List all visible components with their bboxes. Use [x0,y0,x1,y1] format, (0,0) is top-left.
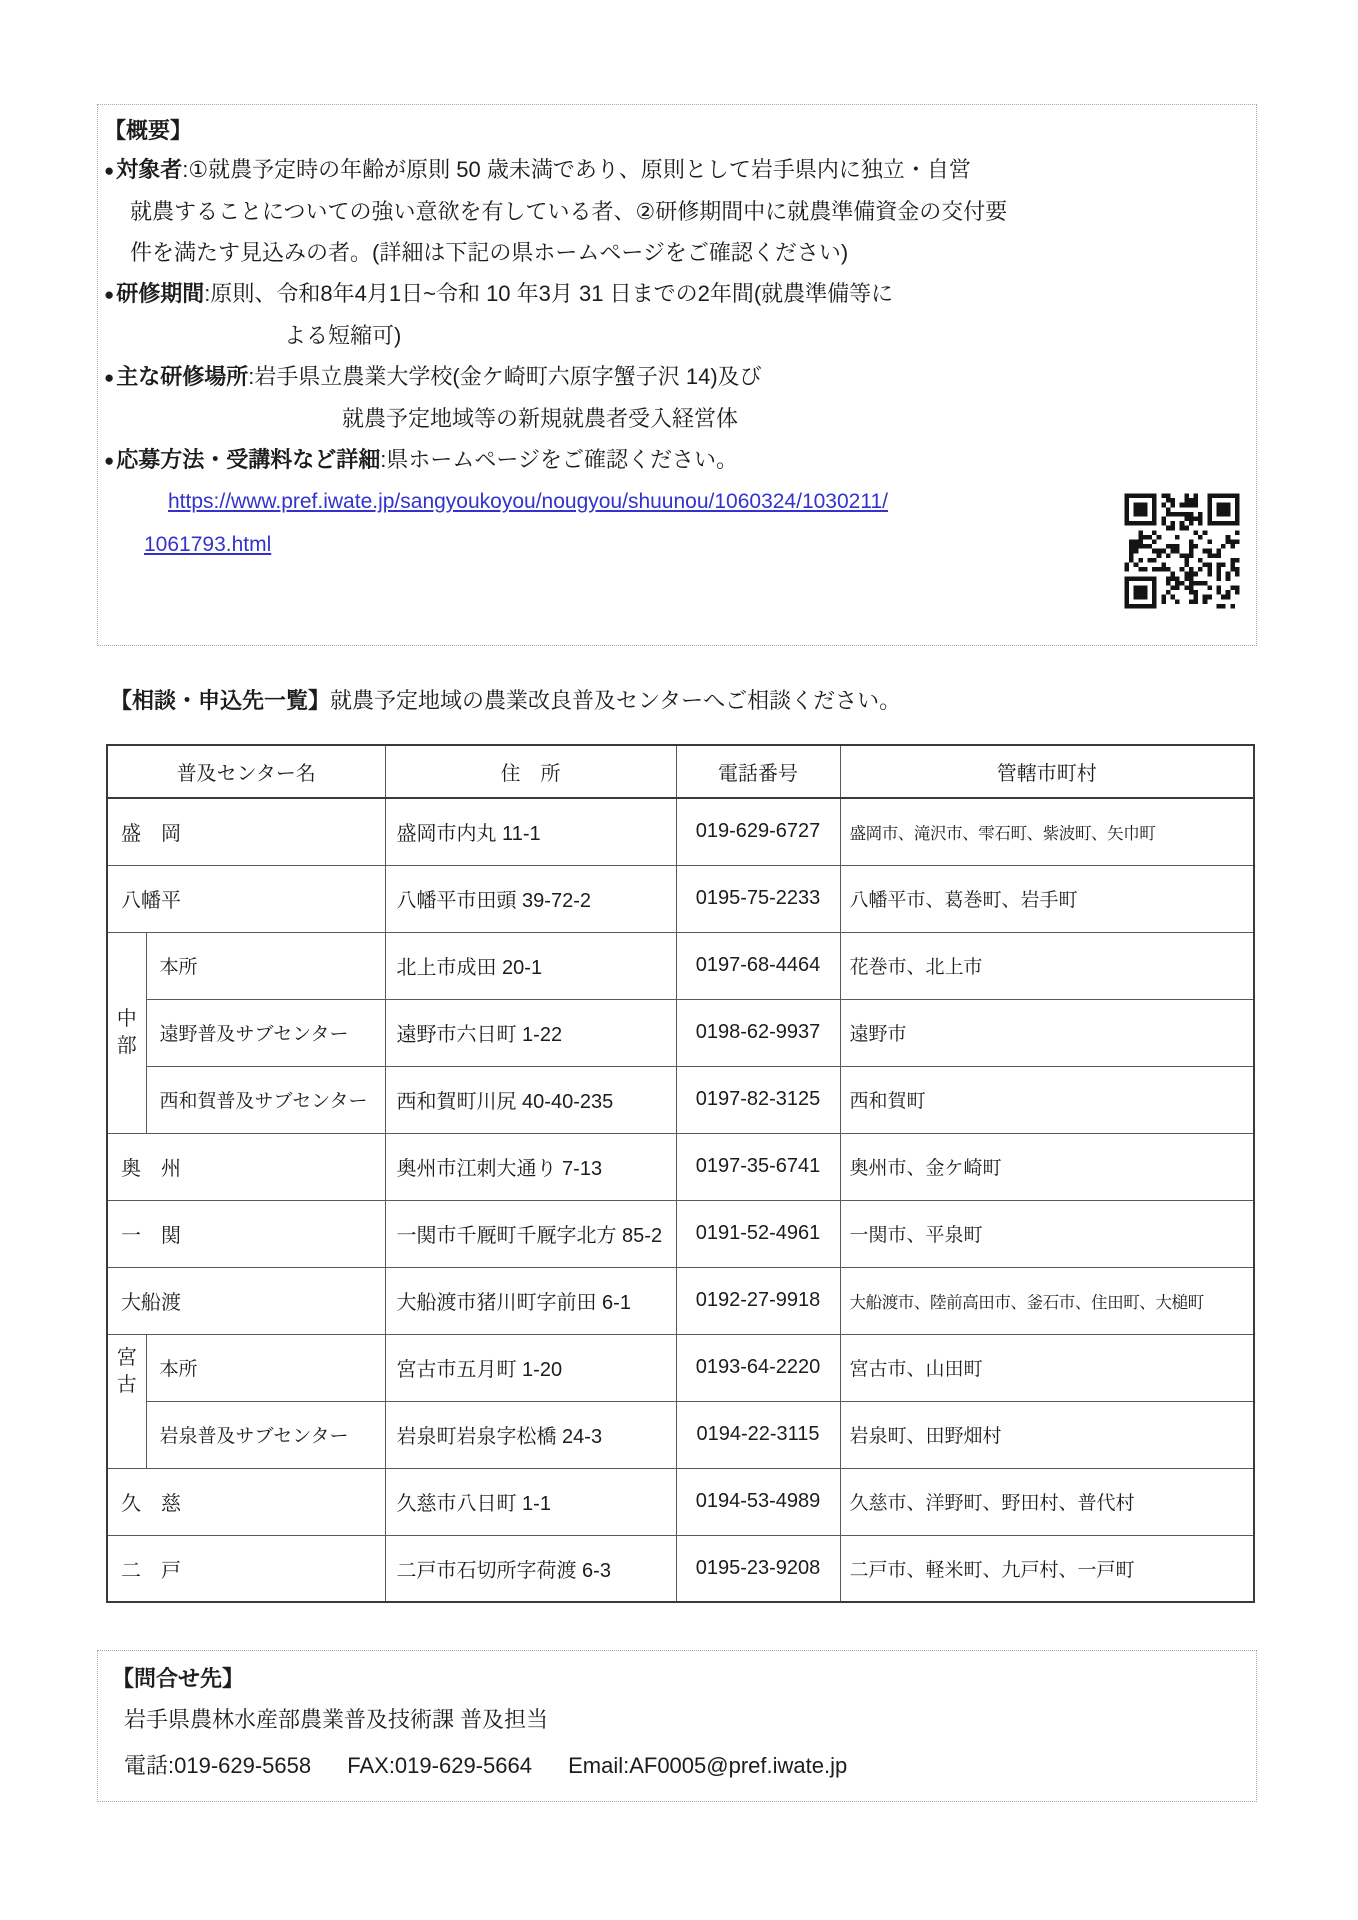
address-cell: 八幡平市田頭 39-72-2 [385,865,676,932]
phone-cell: 0198-62-9937 [676,999,840,1066]
consult-heading-text: 就農予定地域の農業改良普及センターへご相談ください。 [330,688,901,713]
phone-cell: 0195-23-9208 [676,1535,840,1602]
center-name-cell: 遠野普及サブセンター [146,999,385,1066]
table-body: 盛 岡盛岡市内丸 11-1019-629-6727盛岡市、滝沢市、雫石町、紫波町… [107,798,1254,1602]
table-row: 久 慈久慈市八日町 1-10194-53-4989久慈市、洋野町、野田村、普代村 [107,1468,1254,1535]
bullet-label: 応募方法・受講料など詳細 [116,447,380,472]
bullet-label: 研修期間 [116,281,204,306]
overview-bullet-item: ●応募方法・受講料など詳細:県ホームページをご確認ください。 [104,439,1244,481]
bullet-text: 就農することについての強い意欲を有している者、②研修期間中に就農準備資金の交付要 [130,199,1007,224]
bullet-text: 件を満たす見込みの者。(詳細は下記の県ホームページをご確認ください) [130,240,848,265]
address-cell: 西和賀町川尻 40-40-235 [385,1066,676,1133]
table-row: 西和賀普及サブセンター西和賀町川尻 40-40-2350197-82-3125西… [107,1066,1254,1133]
overview-line: 件を満たす見込みの者。(詳細は下記の県ホームページをご確認ください) [104,232,1244,273]
table-row: 中部本所北上市成田 20-10197-68-4464花巻市、北上市 [107,932,1254,999]
homepage-link-line: 1061793.html [104,524,1244,567]
address-cell: 久慈市八日町 1-1 [385,1468,676,1535]
group-label-cell: 中部 [107,932,146,1133]
table-row: 一 関一関市千厩町千厩字北方 85-20191-52-4961一関市、平泉町 [107,1200,1254,1267]
table-header: 普及センター名住 所電話番号管轄市町村 [107,745,1254,798]
jurisdiction-cell: 久慈市、洋野町、野田村、普代村 [840,1468,1254,1535]
table-row: 八幡平八幡平市田頭 39-72-20195-75-2233八幡平市、葛巻町、岩手… [107,865,1254,932]
overview-bullet-item: ●主な研修場所:岩手県立農業大学校(金ケ崎町六原字蟹子沢 14)及び就農予定地域… [104,356,1244,439]
table-row: 岩泉普及サブセンター岩泉町岩泉字松橋 24-30194-22-3115岩泉町、田… [107,1401,1254,1468]
consult-heading-title: 【相談・申込先一覧】 [110,688,330,713]
bullet-icon: ● [104,451,114,470]
table-row: 大船渡大船渡市猪川町字前田 6-10192-27-9918大船渡市、陸前高田市、… [107,1267,1254,1334]
homepage-link[interactable]: 1061793.html [144,533,271,556]
contact-box: 【問合せ先】 岩手県農林水産部農業普及技術課 普及担当 電話:019-629-5… [97,1650,1257,1802]
jurisdiction-cell: 一関市、平泉町 [840,1200,1254,1267]
table-header-cell: 電話番号 [676,745,840,798]
bullet-icon: ● [104,368,114,387]
overview-line: 就農予定地域等の新規就農者受入経営体 [104,398,1244,439]
address-cell: 北上市成田 20-1 [385,932,676,999]
address-cell: 大船渡市猪川町字前田 6-1 [385,1267,676,1334]
table-row: 盛 岡盛岡市内丸 11-1019-629-6727盛岡市、滝沢市、雫石町、紫波町… [107,798,1254,865]
bullet-icon: ● [104,285,114,304]
overview-line: よる短縮可) [104,315,1244,356]
table-row: 奥 州奥州市江刺大通り 7-130197-35-6741奥州市、金ケ崎町 [107,1133,1254,1200]
table-row: 遠野普及サブセンター遠野市六日町 1-220198-62-9937遠野市 [107,999,1254,1066]
jurisdiction-cell: 岩泉町、田野畑村 [840,1401,1254,1468]
center-name-cell: 八幡平 [107,865,385,932]
jurisdiction-cell: 遠野市 [840,999,1254,1066]
bullet-text: :①就農予定時の年齢が原則 50 歳未満であり、原則として岩手県内に独立・自営 [182,157,971,182]
center-name-cell: 本所 [146,932,385,999]
phone-cell: 0192-27-9918 [676,1267,840,1334]
jurisdiction-cell: 奥州市、金ケ崎町 [840,1133,1254,1200]
phone-cell: 019-629-6727 [676,798,840,865]
overview-line: 就農することについての強い意欲を有している者、②研修期間中に就農準備資金の交付要 [104,191,1244,232]
bullet-text: :岩手県立農業大学校(金ケ崎町六原字蟹子沢 14)及び [248,364,761,389]
jurisdiction-cell: 二戸市、軽米町、九戸村、一戸町 [840,1535,1254,1602]
table-header-cell: 普及センター名 [107,745,385,798]
address-cell: 盛岡市内丸 11-1 [385,798,676,865]
consult-table: 普及センター名住 所電話番号管轄市町村 盛 岡盛岡市内丸 11-1019-629… [106,744,1255,1603]
overview-line: ●対象者:①就農予定時の年齢が原則 50 歳未満であり、原則として岩手県内に独立… [104,149,1244,191]
homepage-link[interactable]: https://www.pref.iwate.jp/sangyoukoyou/n… [168,490,888,513]
phone-cell: 0197-68-4464 [676,932,840,999]
phone-cell: 0197-82-3125 [676,1066,840,1133]
address-cell: 岩泉町岩泉字松橋 24-3 [385,1401,676,1468]
bullet-text: 就農予定地域等の新規就農者受入経営体 [342,406,738,431]
phone-cell: 0194-53-4989 [676,1468,840,1535]
address-cell: 遠野市六日町 1-22 [385,999,676,1066]
phone-cell: 0193-64-2220 [676,1334,840,1401]
jurisdiction-cell: 宮古市、山田町 [840,1334,1254,1401]
contact-department: 岩手県農林水産部農業普及技術課 普及担当 [112,1697,1236,1743]
contact-fax: FAX:019-629-5664 [347,1753,532,1778]
group-label-cell: 宮古 [107,1334,146,1468]
table-row: 二 戸二戸市石切所字荷渡 6-30195-23-9208二戸市、軽米町、九戸村、… [107,1535,1254,1602]
center-name-cell: 一 関 [107,1200,385,1267]
jurisdiction-cell: 西和賀町 [840,1066,1254,1133]
contact-phone: 電話:019-629-5658 [124,1753,311,1778]
bullet-text: :県ホームページをご確認ください。 [380,447,738,472]
address-cell: 宮古市五月町 1-20 [385,1334,676,1401]
contact-email: Email:AF0005@pref.iwate.jp [568,1753,847,1778]
phone-cell: 0191-52-4961 [676,1200,840,1267]
contact-details-line: 電話:019-629-5658 FAX:019-629-5664 Email:A… [112,1743,1236,1789]
center-name-cell: 岩泉普及サブセンター [146,1401,385,1468]
overview-line: ●研修期間:原則、令和8年4月1日~令和 10 年3月 31 日までの2年間(就… [104,273,1244,315]
homepage-link-line: https://www.pref.iwate.jp/sangyoukoyou/n… [104,481,1244,524]
jurisdiction-cell: 盛岡市、滝沢市、雫石町、紫波町、矢巾町 [840,798,1254,865]
bullet-label: 主な研修場所 [116,364,248,389]
contact-heading: 【問合せ先】 [112,1661,1236,1697]
table-header-cell: 住 所 [385,745,676,798]
overview-bullet-item: ●研修期間:原則、令和8年4月1日~令和 10 年3月 31 日までの2年間(就… [104,273,1244,356]
bullet-text: :原則、令和8年4月1日~令和 10 年3月 31 日までの2年間(就農準備等に [204,281,893,306]
center-name-cell: 大船渡 [107,1267,385,1334]
consult-section-heading: 【相談・申込先一覧】就農予定地域の農業改良普及センターへご相談ください。 [110,686,901,716]
center-name-cell: 奥 州 [107,1133,385,1200]
overview-heading: 【概要】 [104,113,1244,149]
jurisdiction-cell: 大船渡市、陸前高田市、釜石市、住田町、大槌町 [840,1267,1254,1334]
center-name-cell: 二 戸 [107,1535,385,1602]
bullet-text: よる短縮可) [284,323,401,348]
jurisdiction-cell: 八幡平市、葛巻町、岩手町 [840,865,1254,932]
table-header-cell: 管轄市町村 [840,745,1254,798]
phone-cell: 0195-75-2233 [676,865,840,932]
center-name-cell: 盛 岡 [107,798,385,865]
document-page: { "link_color": "#3333cc", "overview": {… [0,0,1358,1920]
overview-box: 【概要】 ●対象者:①就農予定時の年齢が原則 50 歳未満であり、原則として岩手… [97,104,1257,646]
center-name-cell: 西和賀普及サブセンター [146,1066,385,1133]
address-cell: 奥州市江刺大通り 7-13 [385,1133,676,1200]
qr-code [1114,483,1252,621]
bullet-label: 対象者 [116,157,182,182]
center-name-cell: 本所 [146,1334,385,1401]
address-cell: 一関市千厩町千厩字北方 85-2 [385,1200,676,1267]
overview-content: ●対象者:①就農予定時の年齢が原則 50 歳未満であり、原則として岩手県内に独立… [104,149,1244,567]
phone-cell: 0194-22-3115 [676,1401,840,1468]
address-cell: 二戸市石切所字荷渡 6-3 [385,1535,676,1602]
overview-bullet-item: ●対象者:①就農予定時の年齢が原則 50 歳未満であり、原則として岩手県内に独立… [104,149,1244,273]
overview-line: ●応募方法・受講料など詳細:県ホームページをご確認ください。 [104,439,1244,481]
jurisdiction-cell: 花巻市、北上市 [840,932,1254,999]
table-header-row: 普及センター名住 所電話番号管轄市町村 [107,745,1254,798]
overview-line: ●主な研修場所:岩手県立農業大学校(金ケ崎町六原字蟹子沢 14)及び [104,356,1244,398]
bullet-icon: ● [104,161,114,180]
phone-cell: 0197-35-6741 [676,1133,840,1200]
center-name-cell: 久 慈 [107,1468,385,1535]
table-row: 宮古本所宮古市五月町 1-200193-64-2220宮古市、山田町 [107,1334,1254,1401]
